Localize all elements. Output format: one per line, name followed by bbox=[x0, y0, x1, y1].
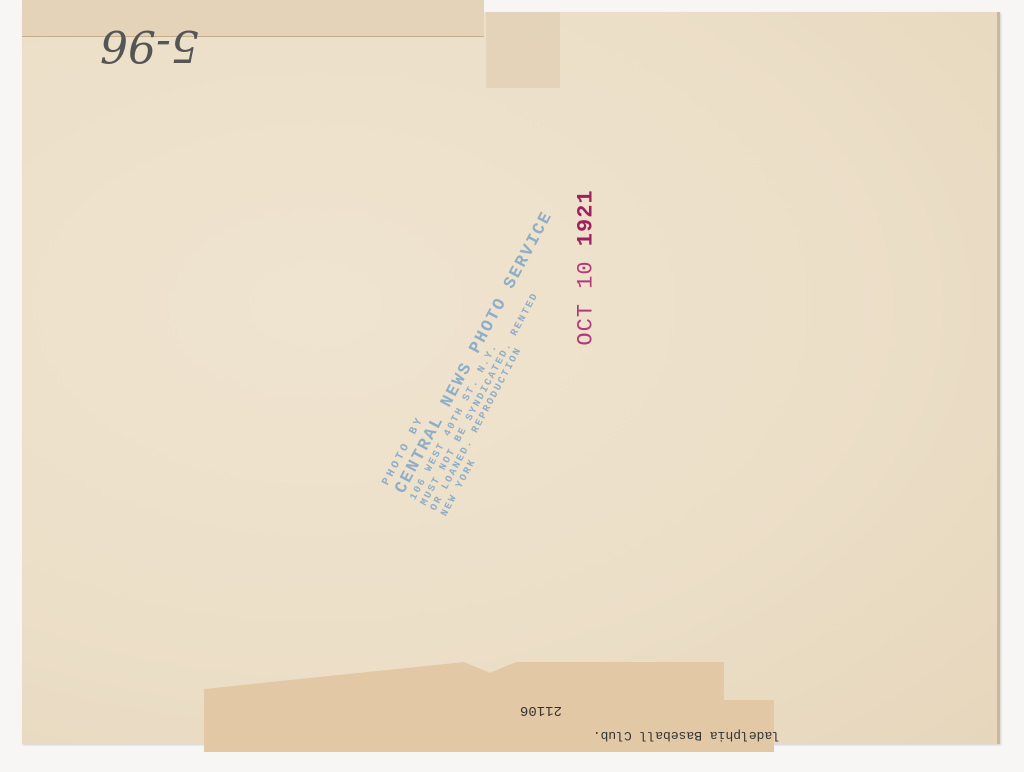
tape-residue bbox=[486, 12, 560, 88]
top-tape bbox=[22, 0, 484, 37]
caption-fragment: ladelphia Baseball Club. bbox=[500, 728, 780, 743]
handwritten-note: 5-96 bbox=[100, 20, 199, 71]
date-year: 1921 bbox=[574, 189, 599, 246]
date-stamp: OCT 10 1921 bbox=[574, 189, 599, 345]
sheet-edge bbox=[997, 12, 1000, 744]
reference-number: 21106 bbox=[520, 702, 562, 718]
date-month-day: OCT 10 bbox=[574, 260, 599, 345]
